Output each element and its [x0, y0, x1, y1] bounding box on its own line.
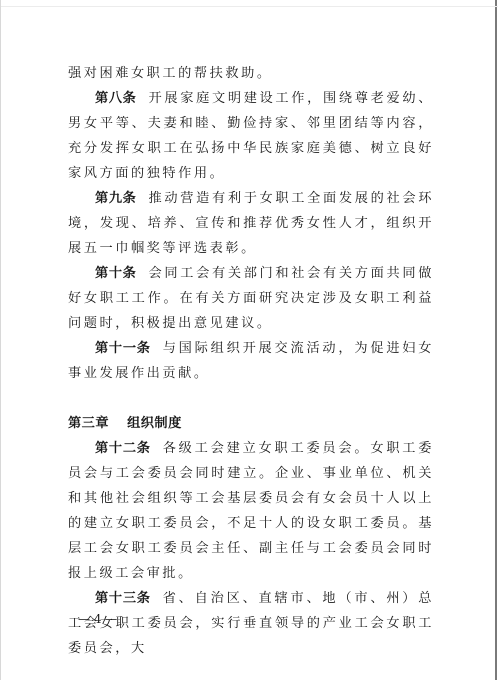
article-heading: 第十三条 [95, 591, 151, 606]
article-text: 各级工会建立女职工委员会。女职工委员会与工会委员会同时建立。企业、事业单位、机关… [68, 441, 434, 581]
chapter-heading: 第三章组织制度 [68, 411, 434, 436]
paragraph-continuation: 强对困难女职工的帮扶救助。 [68, 61, 434, 86]
article-9: 第九条推动营造有利于女职工全面发展的社会环境，发现、培养、宣传和推荐优秀女性人才… [68, 186, 434, 261]
document-page: 强对困难女职工的帮扶救助。 第八条开展家庭文明建设工作，围绕尊老爱幼、男女平等、… [0, 0, 497, 680]
article-heading: 第十一条 [95, 341, 151, 356]
article-heading: 第十二条 [95, 441, 151, 456]
article-heading: 第九条 [95, 191, 136, 206]
article-12: 第十二条各级工会建立女职工委员会。女职工委员会与工会委员会同时建立。企业、事业单… [68, 436, 434, 586]
page-top-edge [1, 6, 498, 7]
chapter-title: 组织制度 [127, 416, 182, 431]
article-10: 第十条会同工会有关部门和社会有关方面共同做好女职工工作。在有关方面研究决定涉及女… [68, 261, 434, 336]
page-number: — 4 — [78, 612, 117, 626]
paragraph-text: 强对困难女职工的帮扶救助。 [68, 66, 273, 81]
chapter-number: 第三章 [68, 416, 109, 431]
article-13: 第十三条省、自治区、直辖市、地（市、州）总工会女职工委员会，实行垂直领导的产业工… [68, 586, 434, 661]
article-heading: 第十条 [95, 266, 136, 281]
article-11: 第十一条与国际组织开展交流活动，为促进妇女事业发展作出贡献。 [68, 336, 434, 386]
article-8: 第八条开展家庭文明建设工作，围绕尊老爱幼、男女平等、夫妻和睦、勤俭持家、邻里团结… [68, 86, 434, 186]
article-heading: 第八条 [95, 91, 136, 106]
document-body: 强对困难女职工的帮扶救助。 第八条开展家庭文明建设工作，围绕尊老爱幼、男女平等、… [68, 61, 434, 661]
